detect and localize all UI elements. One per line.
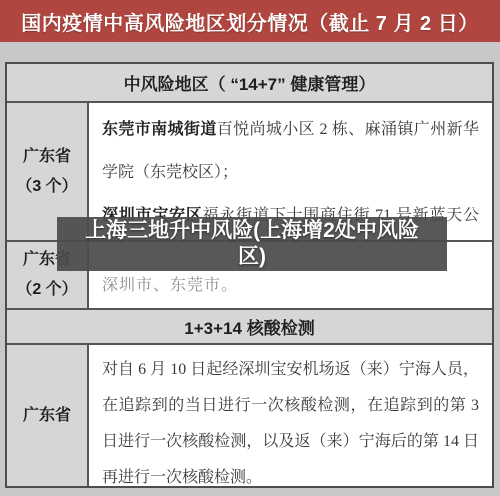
- news-overlay-popup: 上海三地升中风险(上海增2处中风险区): [57, 217, 447, 271]
- section-header-medium-risk: 中风险地区（ “14+7” 健康管理）: [7, 64, 492, 103]
- page-title: 国内疫情中高风险地区划分情况（截止 7 月 2 日）: [21, 7, 478, 36]
- table-row: 广东省 对自 6 月 10 日起经深圳宝安机场返（来）宁海人员，在追踪到的当日进…: [7, 345, 492, 486]
- section-header-nucleic-test: 1+3+14 核酸检测: [7, 308, 492, 345]
- risk-area-entry-district: 东莞市南城街道: [102, 121, 217, 138]
- risk-area-table: 中风险地区（ “14+7” 健康管理） 广东省（3 个） 东莞市南城街道百悦尚城…: [5, 62, 494, 488]
- section-header-medium-risk-label: 中风险地区（ “14+7” 健康管理）: [124, 70, 376, 95]
- nucleic-test-policy-cell: 对自 6 月 10 日起经深圳宝安机场返（来）宁海人员，在追踪到的当日进行一次核…: [89, 345, 492, 486]
- risk-area-entry: 东莞市南城街道百悦尚城小区 2 栋、麻涌镇广州新华学院（东莞校区）；: [102, 108, 479, 194]
- news-overlay-text: 上海三地升中风险(上海增2处中风险区): [85, 219, 419, 268]
- page-title-banner: 国内疫情中高风险地区划分情况（截止 7 月 2 日）: [0, 0, 500, 42]
- province-cell-guangdong: 广东省: [7, 345, 89, 486]
- section-header-nucleic-test-label: 1+3+14 核酸检测: [184, 314, 314, 339]
